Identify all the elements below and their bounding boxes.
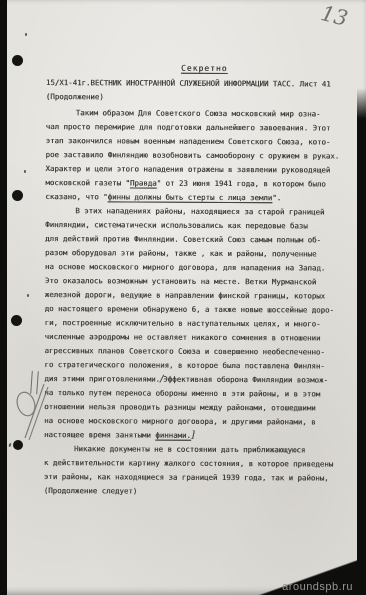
scanned-page: 13 Секретно 15/X1-41г.ВЕСТНИК ИНОСТРАННО… <box>0 0 366 595</box>
text-segment: чал просто перемирие для подготовки даль… <box>46 122 331 132</box>
text-segment: разом оборудовал эти районы, также , как… <box>45 248 316 258</box>
punch-hole <box>12 55 23 66</box>
text-segment: для действий против Финляндии. Советский… <box>45 234 321 244</box>
pencil-loop-mark-icon <box>13 382 51 442</box>
text-segment: Финляндии, систематически использовались… <box>45 220 308 230</box>
typed-content: Секретно 15/X1-41г.ВЕСТНИК ИНОСТРАННОЙ С… <box>0 0 366 2</box>
text-segment: этап закончился новым военным нападением… <box>46 136 331 146</box>
text-segment: го стратегического положения, в которое … <box>44 360 324 370</box>
text-segment: эти районы, как находящиеся за границей … <box>44 472 329 482</box>
text-segment: на основе московского мирного договора, … <box>45 262 325 272</box>
document-title: 15/X1-41г.ВЕСТНИК ИНОСТРАННОЙ СЛУЖЕБНОЙ … <box>46 78 331 88</box>
speck <box>24 170 26 173</box>
text-line: (Продолжение следует) <box>44 484 356 500</box>
text-segment: отношении нельзя проводить разницы между… <box>44 402 315 412</box>
text-segment: ги, построенные исключительно в наступат… <box>45 318 321 328</box>
text-segment: Это оказалось возможным установить на ме… <box>45 276 316 286</box>
watermark: aroundspb.ru <box>282 581 353 593</box>
pen-mark: ] <box>191 430 195 441</box>
text-segment: численные аэродромы не оставляет никаког… <box>45 332 321 342</box>
text-segment: железной дороги, ведущие в направлении ф… <box>45 290 325 300</box>
text-segment: " от 23 июня 1941 года, в котором было <box>157 179 326 189</box>
text-segment: агрессивных планов Советского Союза и со… <box>44 346 324 356</box>
scan-edge-left <box>0 0 7 595</box>
text-segment: Эффективная оборона Финляндии возмож- <box>163 375 328 385</box>
text-segment: рое заставило Финляндию возобновить само… <box>45 150 339 161</box>
text-segment: московской газеты " <box>45 178 130 187</box>
speck <box>8 443 11 447</box>
speck <box>25 33 27 36</box>
text-segment: финнами. <box>155 431 191 440</box>
text-segment: настоящее время занятыми <box>44 430 155 440</box>
text-segment: сказано, что " <box>45 192 107 201</box>
punch-hole <box>11 315 22 326</box>
text-segment: Никакие документы не в состоянии дать пр… <box>74 444 305 454</box>
classification-stamp: Секретно <box>181 64 228 73</box>
text-segment: (Продолжение следует) <box>44 486 137 495</box>
body-text: Таким образом Для Советского Союза моско… <box>44 106 358 500</box>
text-segment: к действительности картину жалкого состо… <box>44 458 333 469</box>
text-segment: до настоящего времени обнаружено 6, а та… <box>45 304 334 315</box>
text-segment: на только путем переноса обороны именно … <box>44 388 320 398</box>
text-segment: Правда <box>130 178 157 187</box>
text-segment: В этих нападениях районы, находящиеся за… <box>75 206 324 216</box>
scan-edge-right <box>357 88 366 595</box>
text-segment: финны должны быть стерты с лица земли <box>108 192 273 202</box>
text-segment: дия этими приготовлениями. <box>44 374 160 384</box>
continuation-note: (Продолжение) <box>46 92 104 101</box>
text-segment: ". <box>272 193 281 202</box>
text-segment: Таким образом Для Советского Союза моско… <box>76 108 321 118</box>
punch-hole <box>12 190 23 201</box>
handwritten-page-number: 13 <box>318 1 350 31</box>
text-segment: Характер и цели этого нападения отражены… <box>45 164 330 174</box>
speck <box>27 294 29 297</box>
text-segment: на основе московского мирного договора, … <box>44 416 315 426</box>
